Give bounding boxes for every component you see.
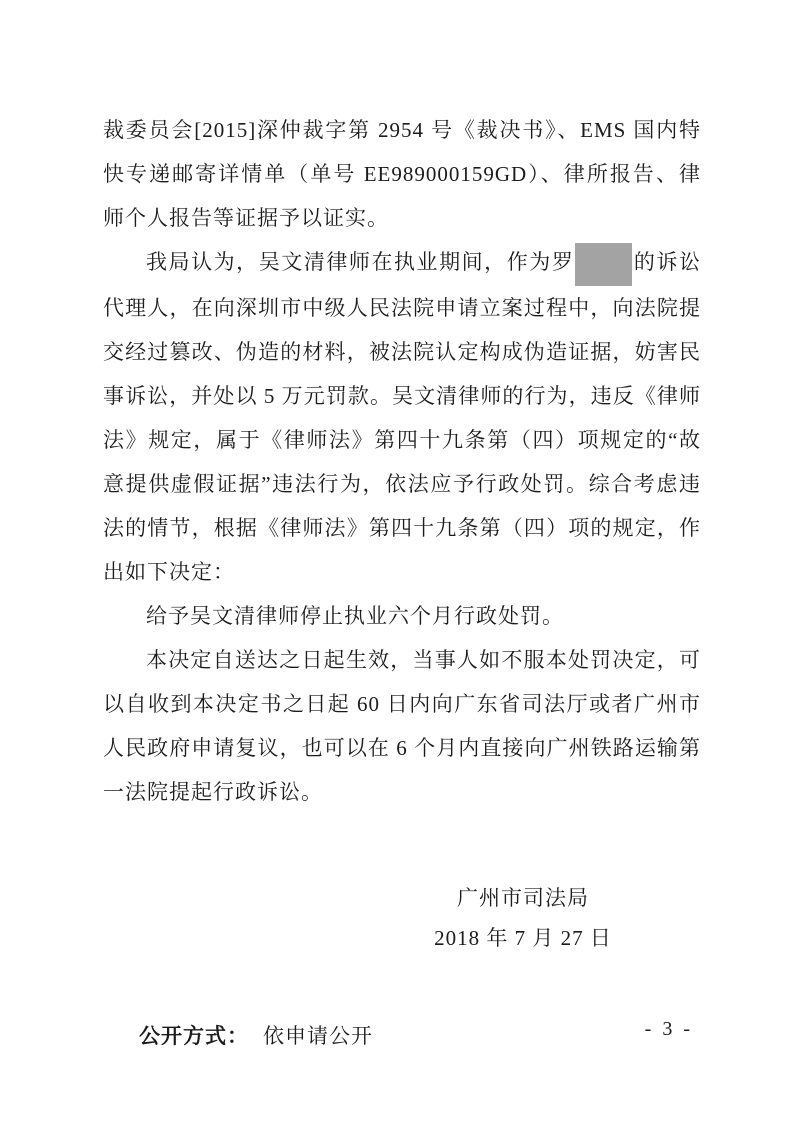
disclosure-line: 公开方式：依申请公开 xyxy=(139,1020,701,1053)
paragraph-evidence: 裁委员会[2015]深仲裁字第 2954 号《裁决书》、EMS 国内特快专递邮寄… xyxy=(103,108,701,240)
signature-block: 广州市司法局 2018 年 7 月 27 日 xyxy=(403,878,643,958)
redaction-box xyxy=(575,243,632,286)
paragraph-decision: 给予吴文清律师停止执业六个月行政处罚。 xyxy=(103,594,701,638)
signature-date: 2018 年 7 月 27 日 xyxy=(403,918,643,958)
document-body: 裁委员会[2015]深仲裁字第 2954 号《裁决书》、EMS 国内特快专递邮寄… xyxy=(103,108,701,1053)
page-number: - 3 - xyxy=(645,1014,693,1044)
findings-text-before-redaction: 我局认为，吴文清律师在执业期间，作为罗 xyxy=(146,250,574,274)
signature-organization: 广州市司法局 xyxy=(403,878,643,918)
paragraph-findings: 我局认为，吴文清律师在执业期间，作为罗的诉讼代理人，在向深圳市中级人民法院申请立… xyxy=(103,240,701,594)
disclosure-label: 公开方式： xyxy=(139,1025,249,1048)
paragraph-appeal: 本决定自送达之日起生效，当事人如不服本处罚决定，可以自收到本决定书之日起 60 … xyxy=(103,638,701,814)
document-page: 裁委员会[2015]深仲裁字第 2954 号《裁决书》、EMS 国内特快专递邮寄… xyxy=(0,0,793,1122)
disclosure-value: 依申请公开 xyxy=(263,1024,373,1048)
findings-text-after-redaction: 的诉讼代理人，在向深圳市中级人民法院申请立案过程中，向法院提交经过篡改、伪造的材… xyxy=(103,250,701,584)
